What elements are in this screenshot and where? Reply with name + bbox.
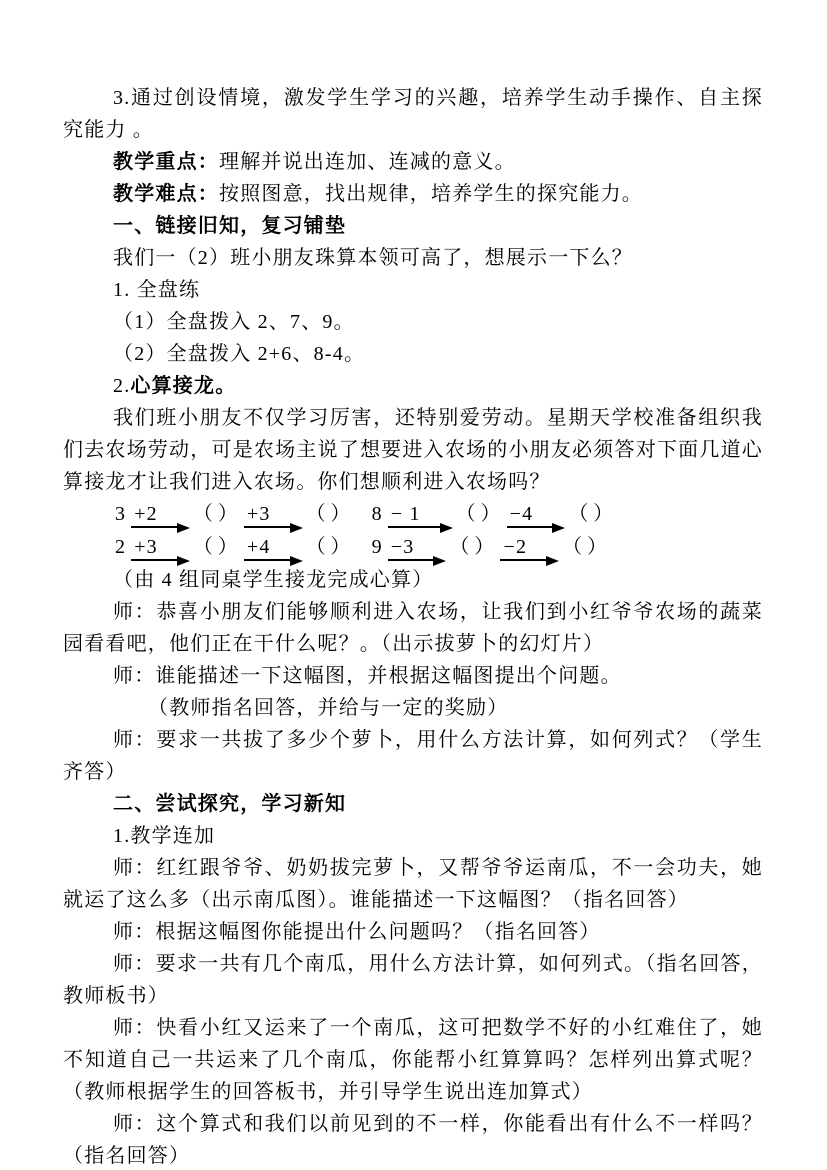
paren-close: ） bbox=[218, 498, 239, 531]
drill2-title: 心算接龙。 bbox=[130, 375, 236, 397]
paren-close: ） bbox=[218, 531, 239, 564]
paren-close: ） bbox=[330, 531, 351, 564]
operation-label: −2 bbox=[503, 536, 527, 558]
answer-blank: （） bbox=[568, 498, 614, 531]
right-arrow-line-icon bbox=[244, 559, 291, 561]
mental-math-row-2: 2+3（）+4（）9−3（）−2（） bbox=[63, 531, 763, 564]
paren-open: （ bbox=[193, 531, 214, 564]
reward-note: （教师指名回答，并给与一定的奖励） bbox=[63, 692, 763, 724]
drill1-item-2: （2）全盘拨入 2+6、8-4。 bbox=[63, 338, 763, 370]
abacus-intro-line: 我们一（2）班小朋友珠算本领可高了，想展示一下么？ bbox=[63, 242, 763, 274]
answer-blank: （） bbox=[193, 531, 239, 564]
right-arrowhead-icon bbox=[177, 556, 190, 566]
right-arrowhead-icon bbox=[433, 556, 446, 566]
arrow-step: +3 bbox=[131, 531, 188, 564]
operation-label: −3 bbox=[391, 536, 415, 558]
arrow-step: −4 bbox=[507, 498, 564, 531]
teacher-line-4: 师：红红跟爷爷、奶奶拔完萝卜，又帮爷爷运南瓜，不一会功夫，她就运了这么多（出示南… bbox=[63, 852, 763, 916]
teacher-line-6: 师：要求一共有几个南瓜，用什么方法计算，如何列式。（指名回答，教师板书） bbox=[63, 948, 763, 1012]
paren-open: （ bbox=[306, 531, 327, 564]
arrow-step: − 1 bbox=[388, 498, 451, 531]
right-arrow-line-icon bbox=[507, 526, 554, 528]
arrow-step: +3 bbox=[244, 498, 301, 531]
mental-math-row-1: 3+2（）+3（）8− 1（）−4（） bbox=[63, 498, 763, 531]
answer-blank: （） bbox=[562, 531, 608, 564]
paren-open: （ bbox=[568, 498, 589, 531]
drill1-heading: 1. 全盘练 bbox=[63, 274, 763, 306]
start-number: 8 bbox=[372, 498, 383, 531]
paren-close: ） bbox=[474, 531, 495, 564]
key-point-line: 教学重点：理解并说出连加、连减的意义。 bbox=[63, 146, 763, 178]
teacher-line-5: 师：根据这幅图你能提出什么问题吗？（指名回答） bbox=[63, 916, 763, 948]
right-arrow-line-icon bbox=[500, 559, 547, 561]
paren-open: （ bbox=[562, 531, 583, 564]
paren-open: （ bbox=[193, 498, 214, 531]
right-arrow-line-icon bbox=[244, 526, 291, 528]
start-number: 3 bbox=[115, 498, 126, 531]
right-arrow-line-icon bbox=[388, 559, 435, 561]
arrow-step: −3 bbox=[388, 531, 445, 564]
start-number: 2 bbox=[115, 531, 126, 564]
teacher-line-3: 师：要求一共拔了多少个萝卜，用什么方法计算，如何列式？（学生齐答） bbox=[63, 724, 763, 788]
paren-open: （ bbox=[306, 498, 327, 531]
right-arrow-line-icon bbox=[131, 559, 178, 561]
teacher-line-1: 师：恭喜小朋友们能够顺利进入农场，让我们到小红爷爷农场的蔬菜园看看吧，他们正在干… bbox=[63, 596, 763, 660]
teacher-line-8: 师：这个算式和我们以前见到的不一样，你能看出有什么不一样吗？（指名回答） bbox=[63, 1108, 763, 1170]
difficult-point-label: 教学难点： bbox=[113, 183, 219, 205]
objective-text: 3.通过创设情境，激发学生学习的兴趣，培养学生动手操作、自主探究能力 。 bbox=[63, 87, 763, 141]
arrow-step: +4 bbox=[244, 531, 301, 564]
key-point-label: 教学重点： bbox=[113, 151, 219, 173]
operation-label: −4 bbox=[510, 503, 534, 525]
document-page: 3.通过创设情境，激发学生学习的兴趣，培养学生动手操作、自主探究能力 。 教学重… bbox=[0, 0, 827, 1170]
answer-blank: （） bbox=[306, 498, 352, 531]
right-arrow-line-icon bbox=[388, 526, 441, 528]
right-arrow-line-icon bbox=[131, 526, 178, 528]
answer-blank: （） bbox=[306, 531, 352, 564]
arrow-step: −2 bbox=[500, 531, 557, 564]
paren-open: （ bbox=[456, 498, 477, 531]
drill2-heading: 2.心算接龙。 bbox=[63, 370, 763, 402]
operation-label: +2 bbox=[134, 503, 158, 525]
farm-story-paragraph: 我们班小朋友不仅学习厉害，还特别爱劳动。星期天学校准备组织我们去农场劳动，可是农… bbox=[63, 402, 763, 498]
paren-close: ） bbox=[330, 498, 351, 531]
teacher-line-7: 师：快看小红又运来了一个南瓜，这可把数学不好的小红难住了，她不知道自己一共运来了… bbox=[63, 1012, 763, 1108]
paren-close: ） bbox=[587, 531, 608, 564]
teacher-line-2: 师：谁能描述一下这幅图，并根据这幅图提出个问题。 bbox=[63, 660, 763, 692]
answer-blank: （） bbox=[193, 498, 239, 531]
right-arrowhead-icon bbox=[546, 556, 559, 566]
key-point-text: 理解并说出连加、连减的意义。 bbox=[219, 151, 516, 173]
operation-label: − 1 bbox=[391, 503, 421, 525]
objective-paragraph: 3.通过创设情境，激发学生学习的兴趣，培养学生动手操作、自主探究能力 。 bbox=[63, 82, 763, 146]
operation-label: +4 bbox=[247, 536, 271, 558]
paren-open: （ bbox=[449, 531, 470, 564]
section1-heading: 一、链接旧知，复习铺垫 bbox=[63, 210, 763, 242]
operation-label: +3 bbox=[134, 536, 158, 558]
drill2-number: 2. bbox=[113, 375, 130, 397]
answer-blank: （） bbox=[449, 531, 495, 564]
section2-heading: 二、尝试探究，学习新知 bbox=[63, 788, 763, 820]
difficult-point-line: 教学难点：按照图意，找出规律，培养学生的探究能力。 bbox=[63, 178, 763, 210]
right-arrowhead-icon bbox=[290, 556, 303, 566]
drill1-item-1: （1）全盘拨入 2、7、9。 bbox=[63, 306, 763, 338]
answer-blank: （） bbox=[456, 498, 502, 531]
difficult-point-text: 按照图意，找出规律，培养学生的探究能力。 bbox=[219, 183, 643, 205]
relay-note: （由 4 组同桌学生接龙完成心算） bbox=[63, 564, 763, 596]
paren-close: ） bbox=[480, 498, 501, 531]
arrow-step: +2 bbox=[131, 498, 188, 531]
operation-label: +3 bbox=[247, 503, 271, 525]
subsection1-heading: 1.教学连加 bbox=[63, 820, 763, 852]
start-number: 9 bbox=[372, 531, 383, 564]
paren-close: ） bbox=[593, 498, 614, 531]
